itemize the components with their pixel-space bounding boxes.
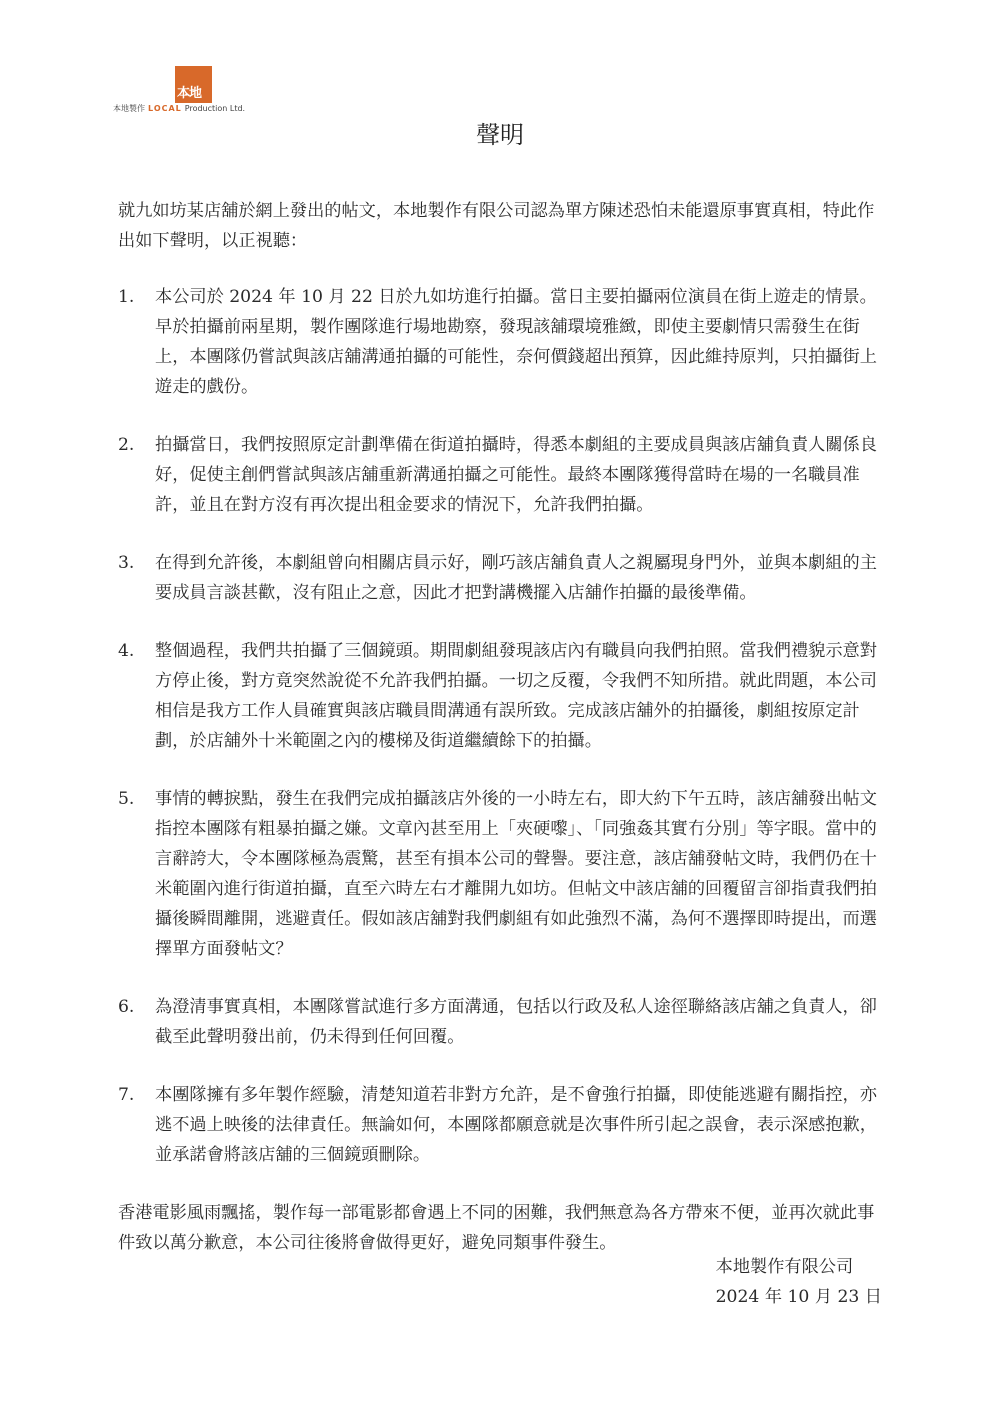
item-number: 6. [118,992,134,1022]
signature-date: 2024 年 10 月 23 日 [716,1282,882,1312]
signature-company: 本地製作有限公司 [716,1252,882,1282]
item-text: 本團隊擁有多年製作經驗，清楚知道若非對方允許，是不會強行拍攝，即使能逃避有關指控… [155,1085,877,1165]
company-logo: 本地 本地製作LOCALProduction Ltd. [113,66,283,116]
item-number: 2. [118,430,134,460]
logo-brand: LOCAL [148,104,182,113]
document-title: 聲明 [0,115,1000,150]
logo-suffix: Production Ltd. [185,104,245,113]
item-number: 3. [118,548,134,578]
list-item: 3.在得到允許後，本劇組曾向相關店員示好，剛巧該店舖負責人之親屬現身門外，並與本… [118,548,888,608]
list-item: 5.事情的轉捩點，發生在我們完成拍攝該店外後的一小時左右，即大約下午五時，該店舖… [118,784,888,964]
item-text: 在得到允許後，本劇組曾向相關店員示好，剛巧該店舖負責人之親屬現身門外，並與本劇組… [155,553,877,603]
list-item: 7.本團隊擁有多年製作經驗，清楚知道若非對方允許，是不會強行拍攝，即使能逃避有關… [118,1080,888,1170]
closing-paragraph: 香港電影風雨飄搖，製作每一部電影都會遇上不同的困難，我們無意為各方帶來不便，並再… [118,1198,888,1258]
item-text: 整個過程，我們共拍攝了三個鏡頭。期間劇組發現該店內有職員向我們拍照。當我們禮貌示… [155,641,877,751]
list-item: 2.拍攝當日，我們按照原定計劃準備在街道拍攝時，得悉本劇組的主要成員與該店舖負責… [118,430,888,520]
list-item: 6.為澄清事實真相，本團隊嘗試進行多方面溝通，包括以行政及私人途徑聯絡該店舖之負… [118,992,888,1052]
item-text: 事情的轉捩點，發生在我們完成拍攝該店外後的一小時左右，即大約下午五時，該店舖發出… [155,789,877,959]
logo-wordmark: 本地製作LOCALProduction Ltd. [113,103,245,114]
document-body: 就九如坊某店舖於網上發出的帖文，本地製作有限公司認為單方陳述恐怕未能還原事實真相… [118,196,888,1258]
item-number: 5. [118,784,134,814]
logo-mark: 本地 [175,66,212,103]
item-text: 為澄清事實真相，本團隊嘗試進行多方面溝通，包括以行政及私人途徑聯絡該店舖之負責人… [155,997,877,1047]
item-number: 7. [118,1080,134,1110]
signature-block: 本地製作有限公司 2024 年 10 月 23 日 [716,1252,882,1312]
statement-list: 1.本公司於 2024 年 10 月 22 日於九如坊進行拍攝。當日主要拍攝兩位… [118,282,888,1170]
logo-mark-text: 本地 [177,82,201,101]
list-item: 4.整個過程，我們共拍攝了三個鏡頭。期間劇組發現該店內有職員向我們拍照。當我們禮… [118,636,888,756]
item-number: 4. [118,636,134,666]
item-number: 1. [118,282,134,312]
intro-paragraph: 就九如坊某店舖於網上發出的帖文，本地製作有限公司認為單方陳述恐怕未能還原事實真相… [118,196,888,256]
item-text: 本公司於 2024 年 10 月 22 日於九如坊進行拍攝。當日主要拍攝兩位演員… [155,287,877,397]
item-text: 拍攝當日，我們按照原定計劃準備在街道拍攝時，得悉本劇組的主要成員與該店舖負責人關… [155,435,877,515]
list-item: 1.本公司於 2024 年 10 月 22 日於九如坊進行拍攝。當日主要拍攝兩位… [118,282,888,402]
logo-chinese-name: 本地製作 [113,104,145,113]
